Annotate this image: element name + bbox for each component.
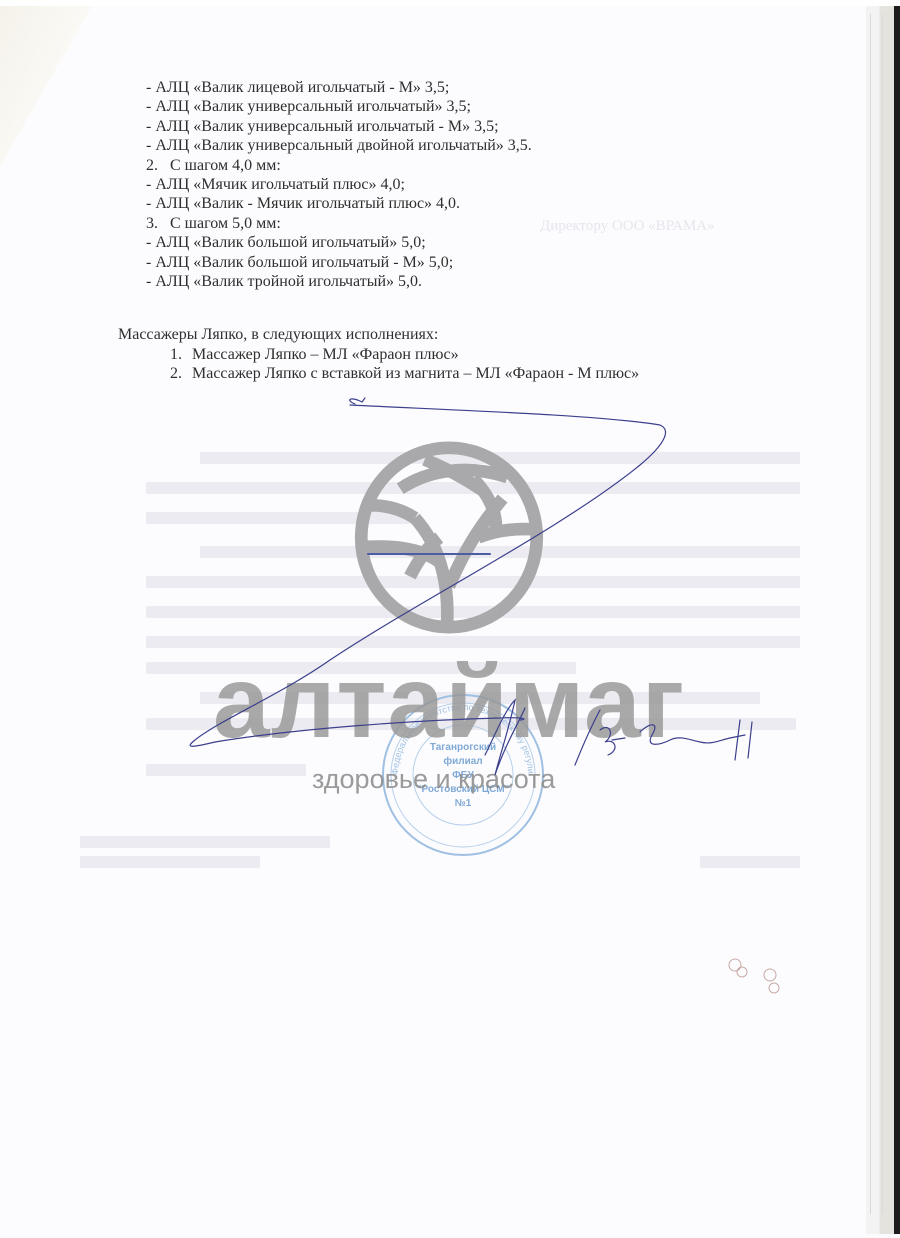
item-number: 1. (170, 345, 192, 364)
show-through-line (80, 836, 330, 848)
show-through-line (700, 856, 800, 868)
item-text: Массажер Ляпко с вставкой из магнита – М… (192, 365, 639, 382)
list-item: - АЛЦ «Валик большой игольчатый - М» 5,0… (146, 253, 532, 272)
show-through-line (80, 856, 260, 868)
massagers-heading: Массажеры Ляпко, в следующих исполнениях… (118, 325, 639, 345)
massager-item: 2.Массажер Ляпко с вставкой из магнита –… (118, 364, 639, 383)
list-item: - АЛЦ «Валик тройной игольчатый» 5,0. (146, 272, 532, 291)
step-heading-5mm: 3.С шагом 5,0 мм: (146, 214, 532, 233)
show-through-line (146, 764, 306, 776)
list-item: - АЛЦ «Валик лицевой игольчатый - М» 3,5… (146, 78, 532, 97)
item-text: Массажер Ляпко – МЛ «Фараон плюс» (192, 346, 459, 363)
step-heading-text: С шагом 4,0 мм: (170, 157, 281, 174)
scan-right-edge (866, 6, 900, 1234)
list-item: - АЛЦ «Валик универсальный двойной иголь… (146, 136, 532, 155)
tree-logo-icon (350, 440, 548, 635)
watermark-brand: алтаймаг (213, 652, 685, 752)
list-item: - АЛЦ «Валик большой игольчатый» 5,0; (146, 233, 532, 252)
show-through-addressee: Директору ООО «ВРАМА» (540, 218, 715, 235)
massager-item: 1.Массажер Ляпко – МЛ «Фараон плюс» (118, 345, 639, 364)
list-item: - АЛЦ «Валик универсальный игольчатый» 3… (146, 97, 532, 116)
massagers-section: Массажеры Ляпко, в следующих исполнениях… (118, 325, 639, 384)
item-number: 2. (170, 364, 192, 383)
watermark-tagline: здоровье и красота (312, 764, 555, 794)
list-item: - АЛЦ «Валик - Мячик игольчатый плюс» 4,… (146, 194, 532, 213)
step-number: 2. (146, 156, 170, 175)
product-list: - АЛЦ «Валик лицевой игольчатый - М» 3,5… (146, 78, 532, 291)
list-item: - АЛЦ «Валик универсальный игольчатый - … (146, 117, 532, 136)
step-heading-4mm: 2.С шагом 4,0 мм: (146, 156, 532, 175)
step-number: 3. (146, 214, 170, 233)
step-heading-text: С шагом 5,0 мм: (170, 215, 281, 232)
stamp-line: №1 (413, 798, 513, 809)
list-item: - АЛЦ «Мячик игольчатый плюс» 4,0; (146, 175, 532, 194)
